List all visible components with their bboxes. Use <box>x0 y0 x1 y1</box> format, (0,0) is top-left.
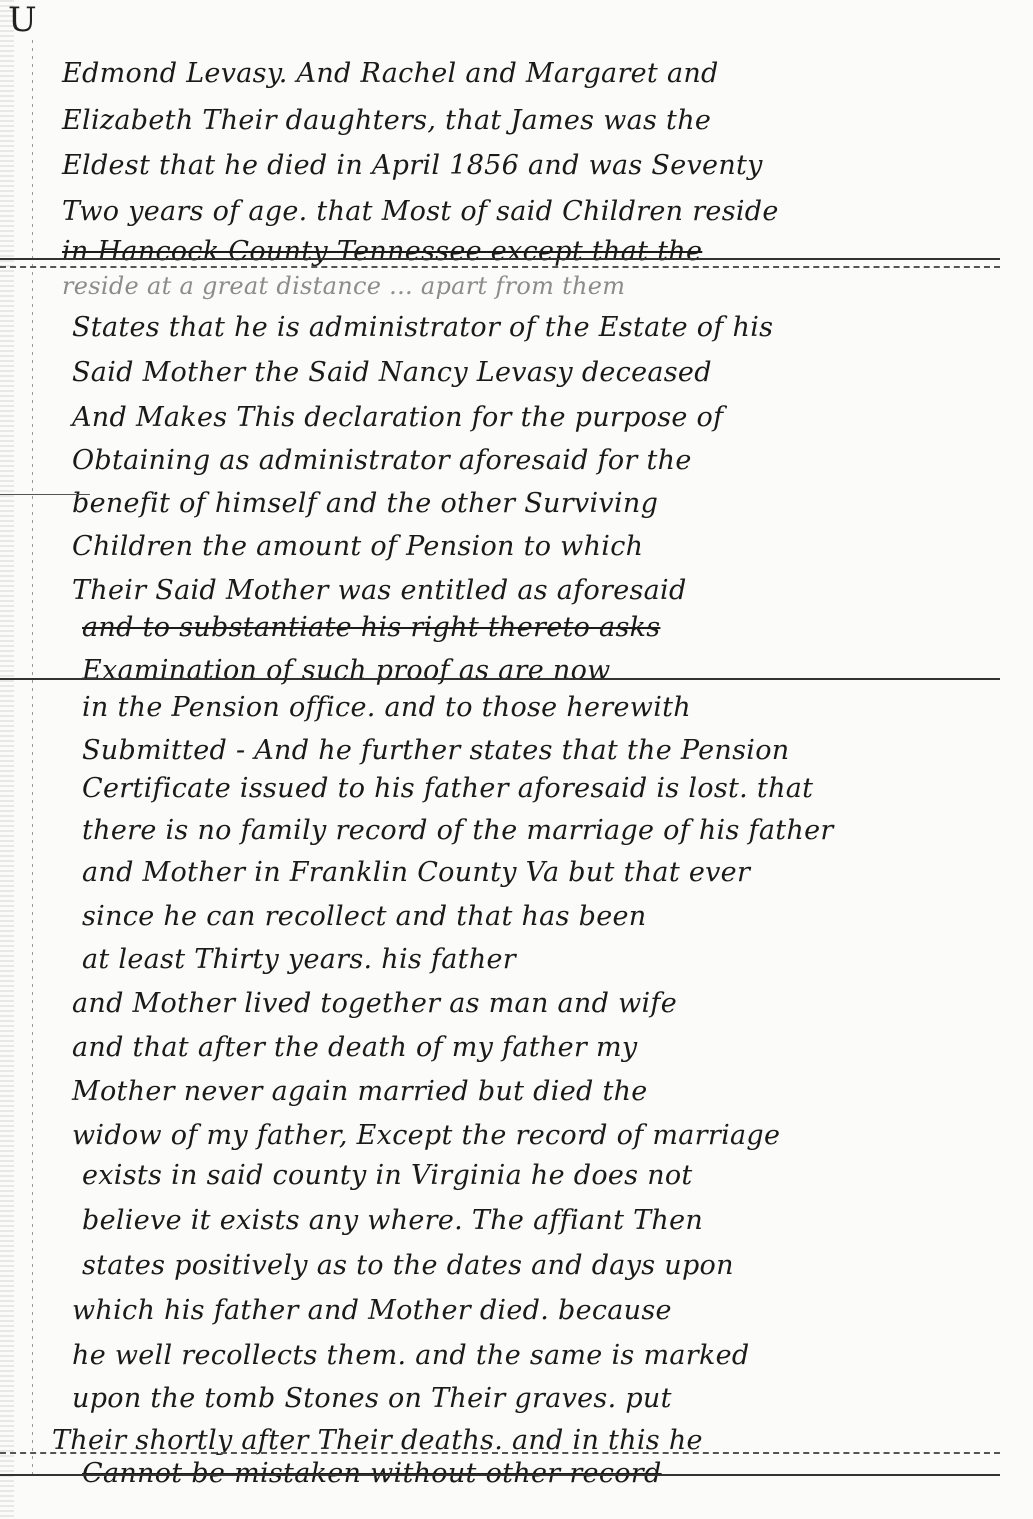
text-line: States that he is administrator of the E… <box>72 312 773 343</box>
strike-rule <box>0 266 1000 268</box>
text-line: exists in said county in Virginia he doe… <box>82 1160 693 1191</box>
text-line: Obtaining as administrator aforesaid for… <box>72 445 692 476</box>
text-line: Their Said Mother was entitled as afores… <box>72 575 687 606</box>
struck-text-line: in Hancock County Tennessee except that … <box>62 236 702 267</box>
struck-text-line: and to substantiate his right thereto as… <box>82 612 660 643</box>
text-line: states positively as to the dates and da… <box>82 1250 734 1281</box>
text-line: and that after the death of my father my <box>72 1032 637 1063</box>
text-line: Examination of such proof as are now <box>82 655 611 686</box>
margin-rule <box>32 40 33 1480</box>
strike-rule <box>0 1452 1000 1454</box>
text-line: Edmond Levasy. And Rachel and Margaret a… <box>62 58 719 89</box>
scan-edge-noise <box>0 0 14 1519</box>
text-line: widow of my father, Except the record of… <box>72 1120 780 1151</box>
text-line: Eldest that he died in April 1856 and wa… <box>62 150 763 181</box>
text-line: there is no family record of the marriag… <box>82 815 834 846</box>
text-line: Mother never again married but died the <box>72 1076 648 1107</box>
corner-mark: U <box>8 0 37 40</box>
text-line: since he can recollect and that has been <box>82 901 646 932</box>
text-line: And Makes This declaration for the purpo… <box>72 402 723 433</box>
text-line: Submitted - And he further states that t… <box>82 735 789 766</box>
text-line: believe it exists any where. The affiant… <box>82 1205 703 1236</box>
text-line: at least Thirty years. his father <box>82 944 516 975</box>
text-line: he well recollects them. and the same is… <box>72 1340 749 1371</box>
strike-rule <box>0 1474 1000 1476</box>
text-line: Said Mother the Said Nancy Levasy deceas… <box>72 357 712 388</box>
text-line: in the Pension office. and to those here… <box>82 692 691 723</box>
text-line: and Mother lived together as man and wif… <box>72 988 677 1019</box>
text-line: Certificate issued to his father aforesa… <box>82 773 813 804</box>
text-line: Children the amount of Pension to which <box>72 531 643 562</box>
margin-tick <box>0 494 90 495</box>
text-line: upon the tomb Stones on Their graves. pu… <box>72 1383 672 1414</box>
rule <box>0 678 1000 680</box>
text-line: Elizabeth Their daughters, that James wa… <box>62 105 711 136</box>
text-line: Two years of age. that Most of said Chil… <box>62 196 779 227</box>
text-line: which his father and Mother died. becaus… <box>72 1295 672 1326</box>
strike-rule <box>0 258 1000 260</box>
text-line: benefit of himself and the other Survivi… <box>72 488 658 519</box>
text-line: and Mother in Franklin County Va but tha… <box>82 857 750 888</box>
faint-text-line: reside at a great distance ... apart fro… <box>62 272 625 300</box>
